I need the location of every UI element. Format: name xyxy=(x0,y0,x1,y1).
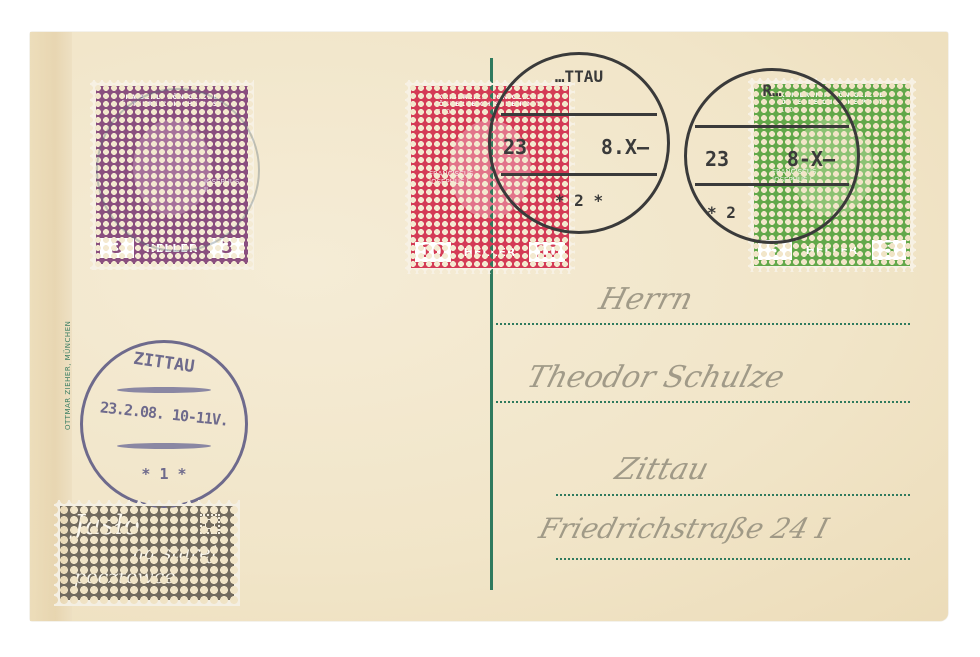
address-line-street: Friedrichstraße 24 I xyxy=(536,512,833,545)
postmark-top-right: R… 23 8-X– * 2 xyxy=(684,68,860,244)
stamp-unit: HELLER xyxy=(464,246,517,259)
stamp-value-right: 10 xyxy=(529,242,565,262)
postmark-footer: * 1 * xyxy=(83,465,245,483)
stamp-year: 1908 xyxy=(437,108,455,116)
postmark-faint-stamp1 xyxy=(96,88,260,252)
postmark-bar xyxy=(501,173,657,176)
address-line-herrn: Herrn xyxy=(595,282,696,317)
postmark-bar xyxy=(117,443,211,449)
postmark-footer: * 2 * xyxy=(491,191,667,210)
mini-stamp-icon xyxy=(200,514,220,534)
postmark-date-right: 8-X– xyxy=(787,147,835,171)
address-line-city: Zittau xyxy=(611,452,712,487)
postmark-top-middle: …TTAU 23 8.X– * 2 * xyxy=(488,52,670,234)
postmark-bar xyxy=(695,183,849,186)
portrait-name: FRANCISCUS JOSEPHUS I xyxy=(429,170,469,186)
publisher-imprint: OTTMAR ZIEHER, MÜNCHEN xyxy=(64,290,72,430)
stamp-value-left: 3 xyxy=(100,238,134,258)
postmark-city: …TTAU xyxy=(491,67,667,86)
stamp-value-row: 10 HELLER 10 xyxy=(415,241,565,263)
postmark-date-left: 23 xyxy=(503,135,527,159)
address-line-2 xyxy=(496,401,910,403)
logo-line-3: pocztówce xyxy=(74,566,175,588)
postmark-date: 23.2.08. 10-11V. xyxy=(83,397,246,432)
address-line-4 xyxy=(556,558,910,560)
address-line-name: Theodor Schulze xyxy=(523,360,788,395)
postmark-zittau: ZITTAU 23.2.08. 10-11V. * 1 * xyxy=(80,340,248,508)
postmark-city: R… xyxy=(687,81,857,100)
postmark-bar xyxy=(117,387,211,393)
postmark-footer: * 2 xyxy=(707,203,736,222)
postmark-bar xyxy=(501,113,657,116)
stamp-value-left: 10 xyxy=(415,242,451,262)
postmark-date-right: 8.X– xyxy=(601,135,649,159)
logo-line-2: na starej xyxy=(132,542,217,564)
postmark-bar xyxy=(695,125,849,128)
jaslo-logo-badge: Jasło na starej pocztówce xyxy=(54,500,240,606)
logo-line-1: Jasło xyxy=(74,510,140,541)
stamp-unit: HELLER xyxy=(806,244,859,257)
stamp-value-right: 5 xyxy=(872,240,906,260)
logo-panel: Jasło na starej pocztówce xyxy=(60,506,234,600)
address-line-3 xyxy=(556,494,910,496)
postmark-date-left: 23 xyxy=(705,147,729,171)
address-line-1 xyxy=(496,323,910,325)
